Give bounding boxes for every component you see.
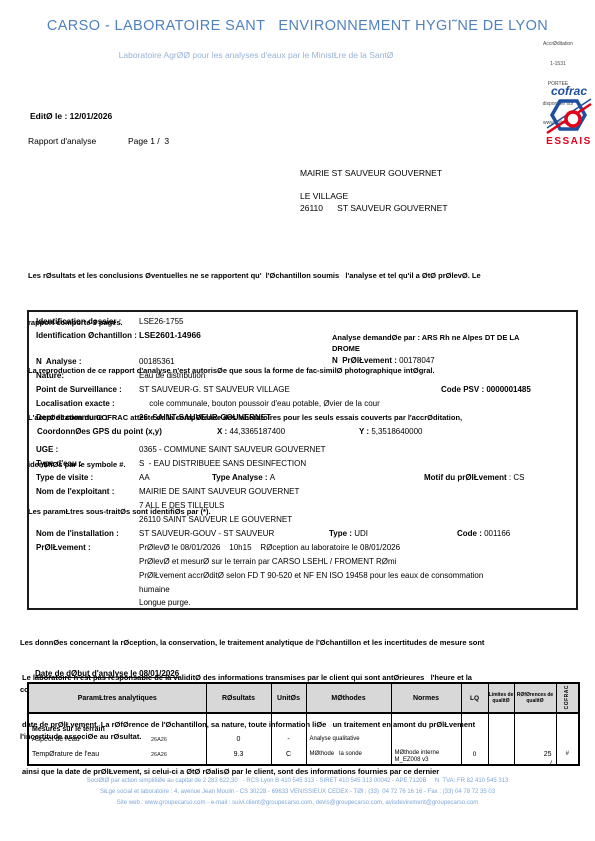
operator-line1: MAIRIE DE SAINT SAUVEUR GOUVERNET	[139, 487, 299, 497]
cofrac-circle	[566, 112, 580, 126]
footer-line-company: SociØtØ par action simplifiØe au capital…	[0, 778, 595, 785]
analysis-type-label: Type Analyse :	[212, 473, 270, 482]
sampling-line1: PrØlevØ le 08/01/2026 10h15 RØception au…	[139, 543, 400, 553]
page-continuation-mark: .../...	[541, 761, 562, 768]
norm-value: MØthode interne M_EZ008 v3	[392, 750, 461, 764]
analysis-type-value: A	[270, 473, 275, 482]
installation-label: Nom de l'installation :	[36, 529, 119, 539]
nature-value: Eau de distribution	[139, 371, 205, 381]
analysis-no-label: N Analyse :	[36, 357, 82, 367]
result-value: 9.3	[207, 751, 271, 758]
method-value: Analyse qualitative	[307, 736, 391, 743]
table-body: Mesures sur le terrain Aspect de l'eau 2…	[28, 713, 579, 765]
sampling-line4: humaine	[139, 585, 170, 595]
uge-value: 0365 - COMMUNE SAINT SAUVEUR GOUVERNET	[139, 445, 326, 455]
gps-x-label: X :	[217, 427, 229, 436]
unit-value: C	[272, 751, 306, 758]
installation-type-label: Type :	[329, 529, 354, 538]
notice-line: Les rØsultats et les conclusions Øventue…	[28, 270, 573, 281]
cell-units: - C	[271, 713, 306, 765]
sampling-reason-value: : CS	[507, 473, 525, 482]
nature-label: Nature:	[36, 371, 64, 381]
analysis-no-value: 00185361	[139, 357, 175, 367]
surveillance-label: Point de Surveillance :	[36, 385, 122, 395]
dept-label: Dept et commune :	[36, 413, 108, 423]
sampling-no: N PrØlŁvement : 00178047	[332, 356, 435, 366]
col-units: UnitØs	[271, 683, 306, 713]
recipient-name: MAIRIE ST SAUVEUR GOUVERNET	[300, 168, 442, 178]
col-methods: MØthodes	[306, 683, 391, 713]
reference-value: 25	[515, 751, 556, 758]
installation-code-value: 001166	[484, 529, 510, 538]
code-psv: Code PSV : 0000001485	[441, 385, 531, 395]
sampling-label: PrØlŁvement :	[36, 543, 91, 553]
result-value: 0	[207, 736, 271, 743]
col-cofrac: COFRAC	[556, 683, 579, 713]
gps-x-value: 44,3365187400	[229, 427, 285, 436]
footer-line-web: Site web : www.groupecarso.com - e-mail …	[0, 800, 595, 807]
unit-value: -	[272, 736, 306, 743]
col-parameters: ParamŁtres analytiques	[28, 683, 206, 713]
results-table: ParamŁtres analytiques RØsultats UnitØs …	[27, 682, 580, 766]
sample-id-label: Identification Øchantillon :	[36, 331, 137, 341]
cell-quality-limits	[488, 713, 514, 765]
sampling-line2: PrØlevØ et mesurØ sur le terrain par CAR…	[139, 557, 396, 567]
sampling-no-value: 00178047	[399, 356, 435, 365]
uge-label: UGE :	[36, 445, 58, 455]
location-label: Localisation exacte :	[36, 399, 115, 409]
cofrac-brand-text: cofrac	[551, 84, 587, 98]
installation-value: ST SAUVEUR-GOUV - ST SAUVEUR	[139, 529, 274, 539]
cell-parameters: Mesures sur le terrain Aspect de l'eau 2…	[28, 713, 206, 765]
table-header-row: ParamŁtres analytiques RØsultats UnitØs …	[28, 683, 579, 713]
dept-value: 26 SAINT-SAUVEUR-GOUVERNET	[139, 413, 271, 423]
gps-x: X : 44,3365187400	[217, 427, 285, 437]
gps-y-label: Y :	[359, 427, 371, 436]
operator-line2: 7 ALL E DES TILLEULS	[139, 501, 224, 511]
gps-label: CoordonnØes GPS du point (x,y)	[37, 427, 162, 437]
lab-subtitle: Laboratoire AgrØØ pour les analyses d'ea…	[0, 50, 512, 60]
installation-type-value: UDI	[354, 529, 368, 538]
report-page: { "colors": { "title_blue": "#4f81bd", "…	[0, 0, 595, 841]
param-code: 26A26	[151, 752, 206, 758]
cell-results: 0 9.3	[206, 713, 271, 765]
requested-by-line1: Analyse demandØe par : ARS Rh ne Alpes D…	[332, 333, 519, 343]
col-norms: Normes	[391, 683, 461, 713]
installation-code-label: Code :	[457, 529, 484, 538]
recipient-street: LE VILLAGE	[300, 191, 348, 201]
col-results: RØsultats	[206, 683, 271, 713]
accreditation-line: AccrØditation	[526, 41, 590, 48]
installation-code: Code : 001166	[457, 529, 510, 539]
cell-quality-references: 25	[514, 713, 556, 765]
cofrac-logo: cofrac ESSAIS	[534, 66, 595, 151]
operator-label: Nom de l'exploitant :	[36, 487, 114, 497]
sampling-reason-label: Motif du prØlŁvement	[424, 473, 507, 482]
cofrac-column-label: COFRAC	[564, 685, 570, 709]
col-lq: LQ	[461, 683, 488, 713]
sampling-no-label: N PrØlŁvement :	[332, 356, 399, 365]
gps-y-value: 5,3518640000	[371, 427, 422, 436]
installation-type: Type : UDI	[329, 529, 368, 539]
analysis-start-date: Date de dØbut d'analyse le 08/01/2026	[35, 669, 179, 678]
page-number: Page 1 / 3	[128, 136, 169, 146]
footer-line-address: SiŁge social et laboratoire : 4, avenue …	[0, 789, 595, 796]
cofrac-flag: #	[557, 751, 579, 757]
method-value: MØthode la sonde	[307, 751, 391, 758]
cell-cofrac: #	[556, 713, 579, 765]
dossier-label: Identification dossier :	[36, 317, 121, 327]
water-type-label: Type d'eau :	[36, 459, 82, 469]
sample-id-value: LSE2601-14966	[139, 330, 201, 340]
cofrac-essais-icon: cofrac ESSAIS	[543, 84, 595, 146]
visit-type-label: Type de visite :	[36, 473, 93, 483]
water-type-value: S - EAU DISTRIBUEE SANS DESINFECTION	[139, 459, 306, 469]
param-code: 26A26	[151, 737, 206, 743]
cofrac-essais-text: ESSAIS	[546, 136, 592, 146]
disclaimer-line: ainsi que la date de prØlŁvement, si cel…	[22, 766, 580, 777]
surveillance-value: ST SAUVEUR-G. ST SAUVEUR VILLAGE	[139, 385, 290, 395]
col-quality-references: RØfØrences de qualitØ	[514, 683, 556, 713]
cell-methods: Analyse qualitative MØthode la sonde	[306, 713, 391, 765]
cell-lq: 0	[461, 713, 488, 765]
cell-norms: MØthode interne M_EZ008 v3	[391, 713, 461, 765]
gps-y: Y : 5,3518640000	[359, 427, 422, 437]
dossier-value: LSE26-1755	[139, 317, 183, 327]
col-quality-limits: Limites de qualitØ	[488, 683, 514, 713]
location-value: cole communale, bouton poussoir d'eau po…	[147, 399, 380, 409]
sampling-reason: Motif du prØlŁvement : CS	[424, 473, 524, 483]
sampling-line3: PrØlŁvement accrØditØ selon FD T 90-520 …	[139, 571, 483, 581]
analysis-type: Type Analyse : A	[212, 473, 275, 483]
section-title: Mesures sur le terrain	[29, 726, 206, 733]
visit-type-value: AA	[139, 473, 150, 483]
operator-line3: 26110 SAINT SAUVEUR LE GOUVERNET	[139, 515, 292, 525]
lq-value: 0	[462, 751, 488, 758]
edited-date: EditØ le : 12/01/2026	[30, 111, 112, 121]
requested-by-line2: DROME	[332, 344, 360, 354]
lab-title: CARSO - LABORATOIRE SANT ENVIRONNEMENT H…	[10, 18, 585, 34]
report-type-label: Rapport d'analyse	[28, 136, 96, 146]
recipient-city: 26110 ST SAUVEUR GOUVERNET	[300, 203, 448, 213]
identification-box: Identification dossier : LSE26-1755 Iden…	[27, 310, 578, 610]
